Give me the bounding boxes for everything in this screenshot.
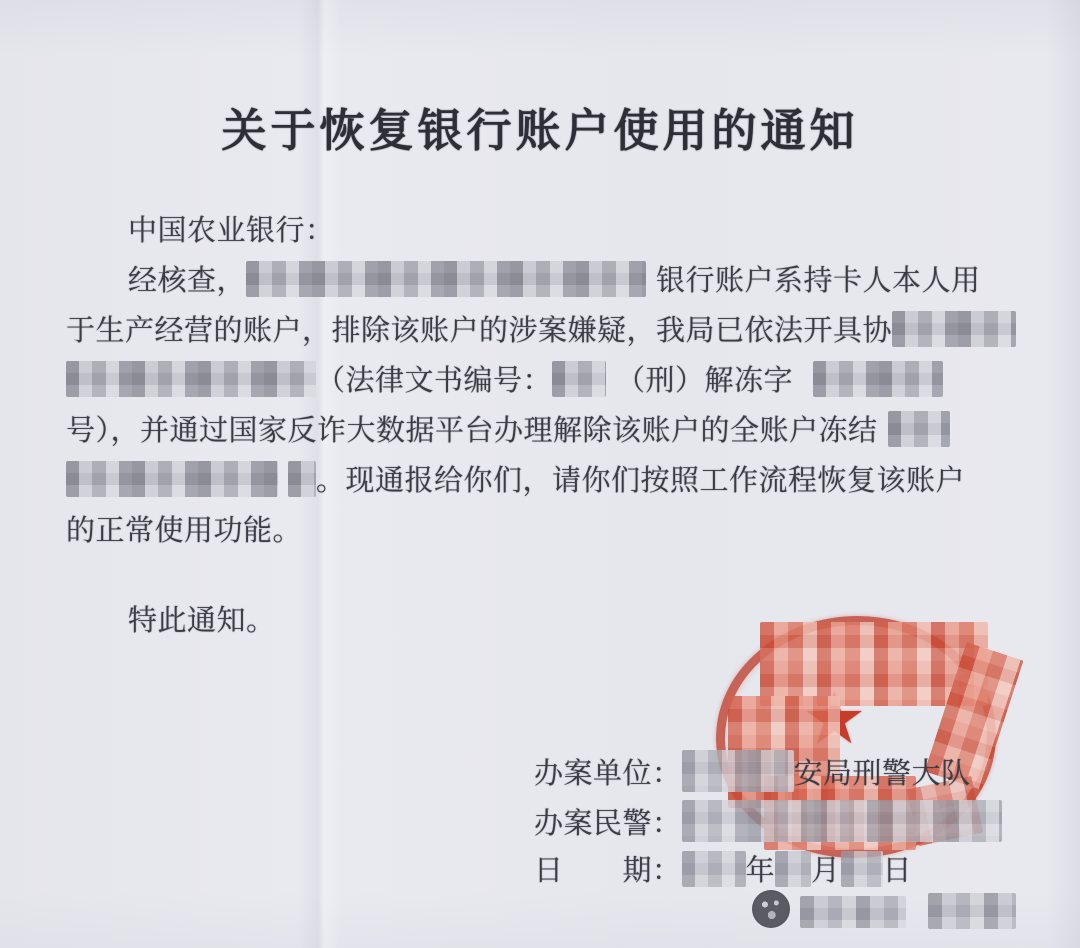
redaction-block — [66, 361, 316, 397]
body-line: 于生产经营的账户，排除该账户的涉案嫌疑，我局已依法开具协 — [66, 310, 1016, 352]
body-line: 经核查，银行账户系持卡人本人用 — [128, 260, 981, 302]
body-text: 于生产经营的账户，排除该账户的涉案嫌疑，我局已依法开具协 — [66, 315, 892, 347]
watermark-redaction-block — [800, 896, 906, 928]
seal-redaction-block — [760, 622, 988, 706]
closing-line: 特此通知。 — [128, 600, 276, 642]
case-officer-label: 办案民警： — [534, 808, 682, 840]
redaction-block — [888, 411, 950, 447]
redaction-block — [246, 261, 646, 297]
redaction-block — [66, 461, 278, 497]
body-line: 号），并通过国家反诈大数据平台办理解除该账户的全账户冻结 — [66, 410, 950, 452]
body-text: 经核查， — [128, 265, 246, 297]
body-text: 的正常使用功能。 — [66, 515, 302, 547]
watermark-redaction-block — [928, 893, 1016, 929]
date-label: 日 期： — [534, 855, 682, 887]
case-officer-line: 办案民警： — [534, 800, 1002, 845]
redaction-block — [892, 311, 1016, 347]
redaction-block — [841, 851, 883, 887]
redaction-block — [682, 851, 746, 887]
redaction-block — [775, 851, 811, 887]
salutation-line: 中国农业银行： — [128, 210, 335, 252]
redaction-block — [682, 750, 794, 792]
redaction-block — [552, 361, 606, 397]
case-unit-line: 办案单位：安局刑警大队 — [534, 750, 971, 795]
seal-star-icon: ★ — [802, 682, 867, 754]
scanned-notice-page: 关于恢复银行账户使用的通知 中国农业银行： 经核查，银行账户系持卡人本人用 于生… — [0, 0, 1080, 948]
body-text: （刑）解冻字 — [616, 365, 793, 397]
redaction-block — [288, 461, 316, 497]
page-title: 关于恢复银行账户使用的通知 — [0, 94, 1080, 159]
body-line: 的正常使用功能。 — [66, 510, 302, 552]
date-day: 日 — [883, 855, 913, 887]
closing-text: 特此通知。 — [128, 605, 276, 637]
salutation-text: 中国农业银行： — [128, 215, 335, 247]
date-month: 月 — [811, 855, 841, 887]
body-text: 银行账户系持卡人本人用 — [656, 265, 981, 297]
body-text: 号），并通过国家反诈大数据平台办理解除该账户的全账户冻结 — [66, 415, 878, 447]
case-unit-value: 安局刑警大队 — [794, 758, 971, 790]
body-text: 。现通报给你们，请你们按照工作流程恢复该账户 — [316, 465, 965, 497]
watermark-avatar-icon — [752, 890, 790, 928]
redaction-block — [682, 800, 1002, 842]
body-line: 。现通报给你们，请你们按照工作流程恢复该账户 — [66, 460, 965, 502]
case-unit-label: 办案单位： — [534, 758, 682, 790]
date-line: 日 期：年月日 — [534, 850, 912, 892]
body-text: （法律文书编号： — [316, 365, 552, 397]
body-line: （法律文书编号：（刑）解冻字 — [66, 360, 943, 402]
date-year: 年 — [746, 855, 776, 887]
redaction-block — [813, 361, 943, 397]
